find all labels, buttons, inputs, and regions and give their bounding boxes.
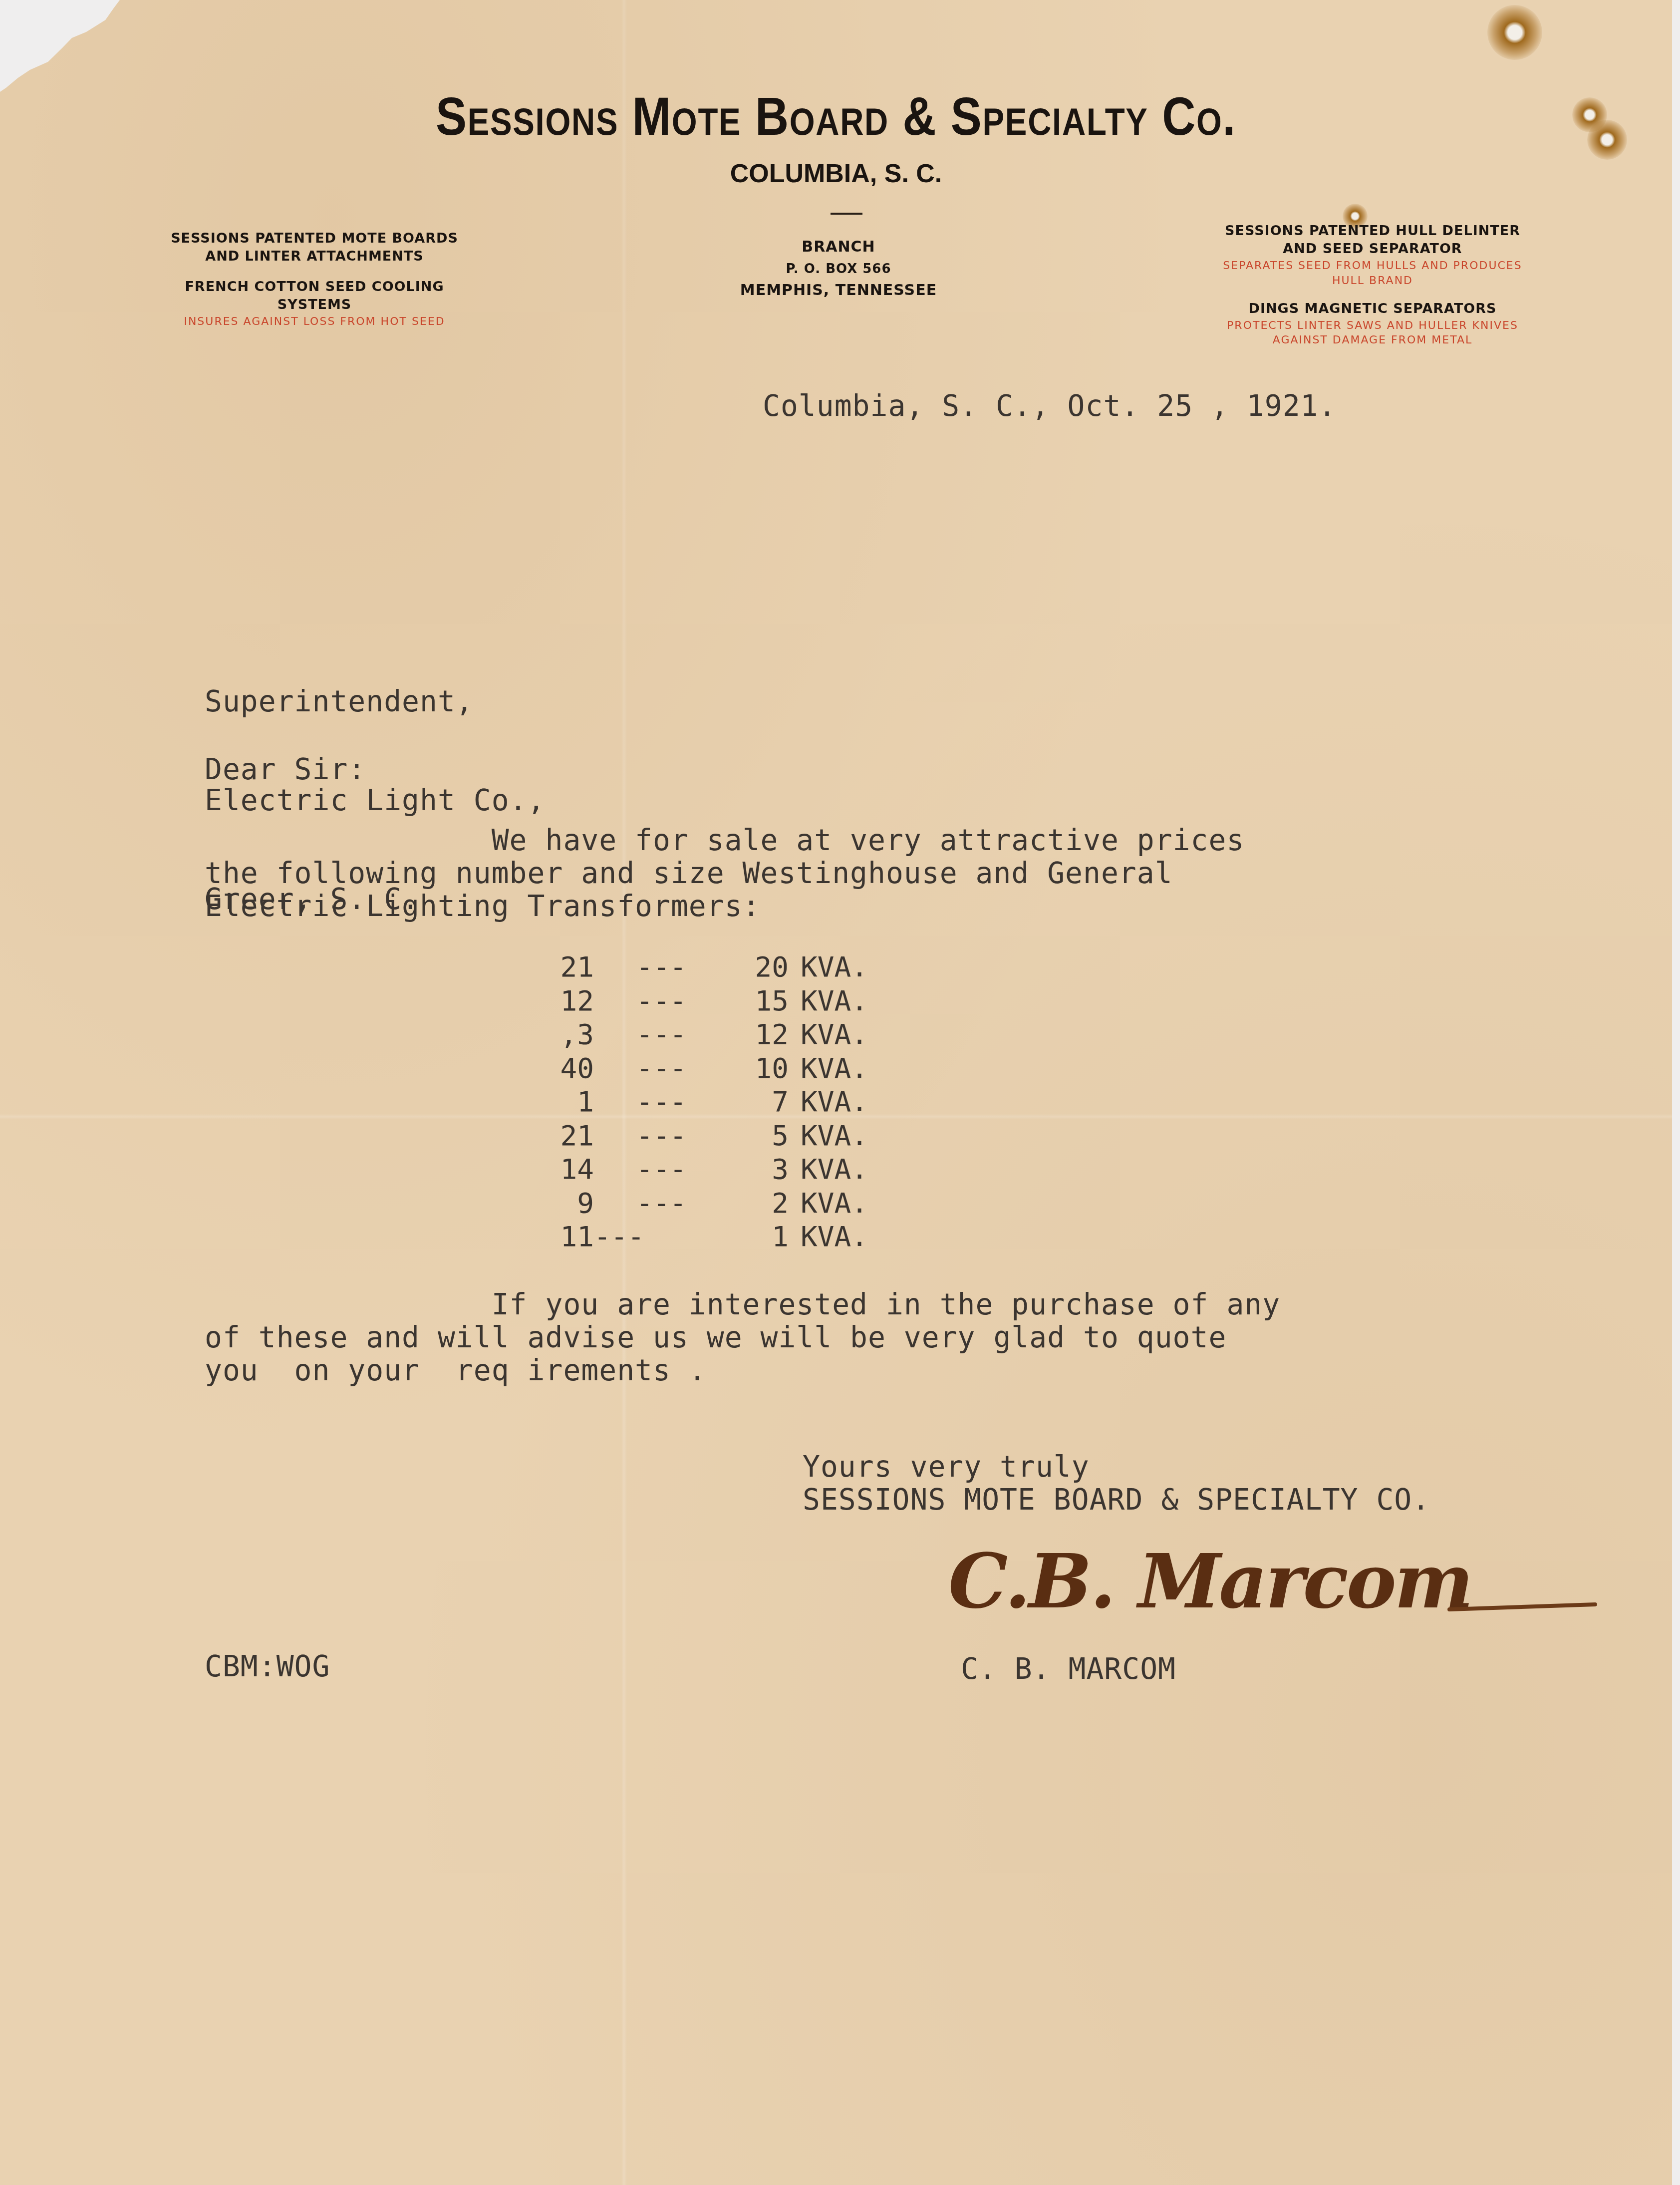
branch-po-box: P. O. BOX 566 [709, 259, 968, 279]
product-line: FRENCH COTTON SEED COOLING [145, 278, 484, 296]
list-item: 1---7KVA. [519, 1086, 868, 1120]
list-item: 21---5KVA. [519, 1120, 868, 1154]
list-item: 12---15KVA. [519, 985, 868, 1019]
handwritten-signature: C.B. Marcom [948, 1538, 1472, 1625]
body-paragraph-1: We have for sale at very attractive pric… [205, 824, 1244, 923]
product-line: DINGS MAGNETIC SEPARATORS [1198, 300, 1547, 318]
letter-page: Sessions Mote Board & Specialty Co. COLU… [0, 0, 1672, 2185]
list-item: 21---20KVA. [519, 951, 868, 985]
body-paragraph-2: If you are interested in the purchase of… [205, 1288, 1280, 1387]
branch-city: MEMPHIS, TENNESSEE [709, 279, 968, 303]
letterhead-branch-column: BRANCH P. O. BOX 566 MEMPHIS, TENNESSEE [709, 236, 968, 302]
list-item: 40---10KVA. [519, 1052, 868, 1086]
product-tagline: PROTECTS LINTER SAWS AND HULLER KNIVES [1198, 318, 1547, 333]
branch-label: BRANCH [709, 236, 968, 259]
product-line: AND LINTER ATTACHMENTS [145, 248, 484, 266]
letterhead-right-column: SESSIONS PATENTED HULL DELINTER AND SEED… [1198, 222, 1547, 348]
reference-initials: CBM:WOG [205, 1650, 330, 1683]
transformer-list: 21---20KVA. 12---15KVA. ,3---12KVA. 40--… [519, 951, 868, 1254]
staple-hole [1587, 120, 1627, 160]
company-name: Sessions Mote Board & Specialty Co. [117, 85, 1555, 147]
closing: Yours very truly SESSIONS MOTE BOARD & S… [803, 1450, 1430, 1516]
product-line: AND SEED SEPARATOR [1198, 240, 1547, 258]
company-city: COLUMBIA, S. C. [0, 159, 1672, 189]
salutation: Dear Sir: [205, 753, 366, 786]
product-tagline: SEPARATES SEED FROM HULLS AND PRODUCES [1198, 259, 1547, 274]
rust-stain [1487, 5, 1542, 60]
list-item: 14---3KVA. [519, 1153, 868, 1187]
recipient-line: Electric Light Co., [205, 784, 545, 817]
list-item: ,3---12KVA. [519, 1018, 868, 1052]
product-line: SYSTEMS [145, 296, 484, 314]
list-item: 11---1KVA. [519, 1221, 868, 1254]
letter-date: Columbia, S. C., Oct. 25 , 1921. [763, 389, 1336, 422]
signer-name: C. B. MARCOM [961, 1652, 1176, 1685]
product-tagline: INSURES AGAINST LOSS FROM HOT SEED [145, 314, 484, 329]
recipient-line: Superintendent, [205, 685, 545, 718]
letterhead-left-column: SESSIONS PATENTED MOTE BOARDS AND LINTER… [145, 230, 484, 329]
torn-corner [0, 0, 120, 100]
list-item: 9---2KVA. [519, 1187, 868, 1221]
header-divider [831, 213, 862, 215]
product-tagline: HULL BRAND [1198, 274, 1547, 289]
product-line: SESSIONS PATENTED HULL DELINTER [1198, 222, 1547, 240]
product-line: SESSIONS PATENTED MOTE BOARDS [145, 230, 484, 248]
recipient-address: Superintendent, Electric Light Co., Gree… [205, 619, 545, 981]
product-tagline: AGAINST DAMAGE FROM METAL [1198, 333, 1547, 348]
